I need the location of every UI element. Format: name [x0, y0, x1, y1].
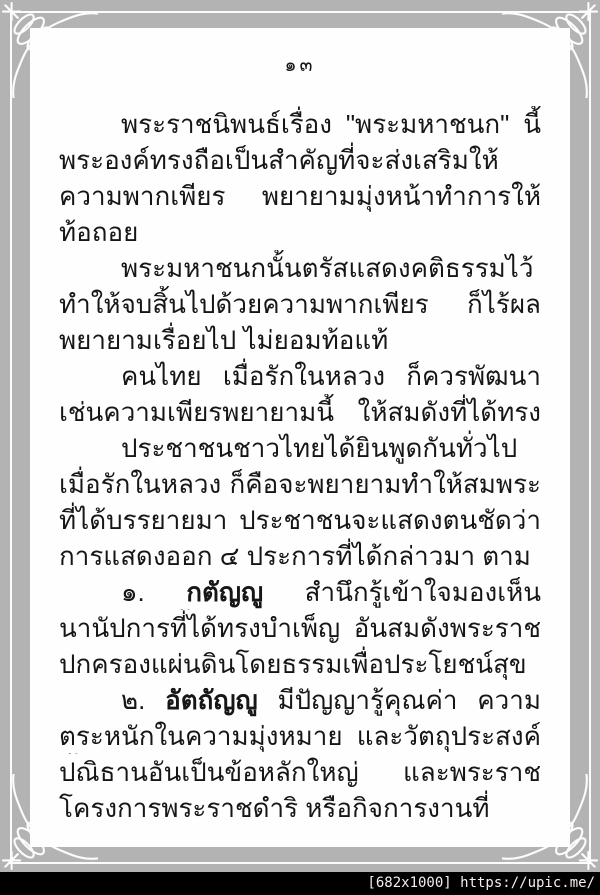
text-line: เช่นความเพียรพยายามนี้ ให้สมดังที่ได้ทรง… [59, 394, 541, 430]
text-line: ทำให้จบสิ้นไปด้วยความพากเพียร ก็ไร้ผล เป… [59, 286, 541, 322]
paragraph: ๒. อัตถัญญู มีปัญญารู้คุณค่า ความหมาย เห… [59, 682, 541, 826]
text-line: พยายามเรื่อยไป ไม่ยอมท้อแท้ [59, 322, 541, 358]
text-line: ท้อถอย [59, 214, 541, 250]
watermark-text: [682x1000] https://upic.me/ [367, 875, 595, 891]
paragraph: ๑. กตัญญู สำนึกรู้เข้าใจมองเห็นซาบซึ้งใน… [59, 574, 541, 682]
body-text: พระราชนิพนธ์เรื่อง "พระมหาชนก" นี้ นำให้… [59, 106, 541, 826]
text-line: ปณิธานอันเป็นข้อหลักใหญ่ และพระราชประสงค… [59, 754, 541, 790]
text-line: พระมหาชนกนั้นตรัสแสดงคติธรรมไว้ว่า การงา… [59, 250, 541, 286]
text-line: การแสดงออก ๔ ประการที่ได้กล่าวมา ตามลำดั… [59, 538, 541, 574]
text-line: ความพากเพียร พยายามมุ่งหน้าทำการให้สำเร็… [59, 178, 541, 214]
page-number: ๑๓ [30, 50, 570, 80]
text-line: ๒. อัตถัญญู มีปัญญารู้คุณค่า ความหมาย เห… [59, 682, 541, 718]
text-line: พระราชนิพนธ์เรื่อง "พระมหาชนก" นี้ นำให้… [59, 106, 541, 142]
text-line: พระองค์ทรงถือเป็นสำคัญที่จะส่งเสริมให้ปร… [59, 142, 541, 178]
text-line: เมื่อรักในหลวง ก็คือจะพยายามทำให้สมพระรา… [59, 466, 541, 502]
item-number: ๒. [121, 685, 145, 715]
paragraph: พระราชนิพนธ์เรื่อง "พระมหาชนก" นี้ นำให้… [59, 106, 541, 250]
text-line: นานัปการที่ได้ทรงบำเพ็ญ อันสมดังพระราชปณ… [59, 610, 541, 646]
paragraph: ประชาชนชาวไทยได้ยินพูดกันทั่วไปว่า "เราร… [59, 430, 541, 574]
scanned-page-image: ๑๓ พระราชนิพนธ์เรื่อง "พระมหาชนก" นี้ นำ… [0, 0, 600, 895]
watermark-bar: [682x1000] https://upic.me/ [0, 872, 600, 895]
item-text: สำนึกรู้เข้าใจมองเห็นซาบซึ้งในพระคุณ [121, 577, 541, 610]
text-line: ตระหนักในความมุ่งหมาย และวัตถุประสงค์ ทั… [59, 718, 541, 754]
text-line: ปกครองแผ่นดินโดยธรรมเพื่อประโยชน์สุขของม… [59, 646, 541, 682]
item-term: อัตถัญญู [165, 685, 258, 715]
text-line: โครงการพระราชดำริ หรือกิจการงานที่เกี่ยว… [59, 790, 541, 826]
text-line: ประชาชนชาวไทยได้ยินพูดกันทั่วไปว่า "เราร… [59, 430, 541, 466]
item-term: กตัญญู [186, 577, 263, 607]
text-line: ที่ได้บรรยายมา ประชาชนจะแสดงตนชัดว่ารักพ… [59, 502, 541, 538]
item-number: ๑. [121, 577, 145, 607]
paragraph: พระมหาชนกนั้นตรัสแสดงคติธรรมไว้ว่า การงา… [59, 250, 541, 358]
paragraph: คนไทย เมื่อรักในหลวง ก็ควรพัฒนาตนให้มีคุ… [59, 358, 541, 430]
page-sheet: ๑๓ พระราชนิพนธ์เรื่อง "พระมหาชนก" นี้ นำ… [30, 28, 570, 847]
text-line: คนไทย เมื่อรักในหลวง ก็ควรพัฒนาตนให้มีคุ… [59, 358, 541, 394]
text-line: ๑. กตัญญู สำนึกรู้เข้าใจมองเห็นซาบซึ้งใน… [59, 574, 541, 610]
